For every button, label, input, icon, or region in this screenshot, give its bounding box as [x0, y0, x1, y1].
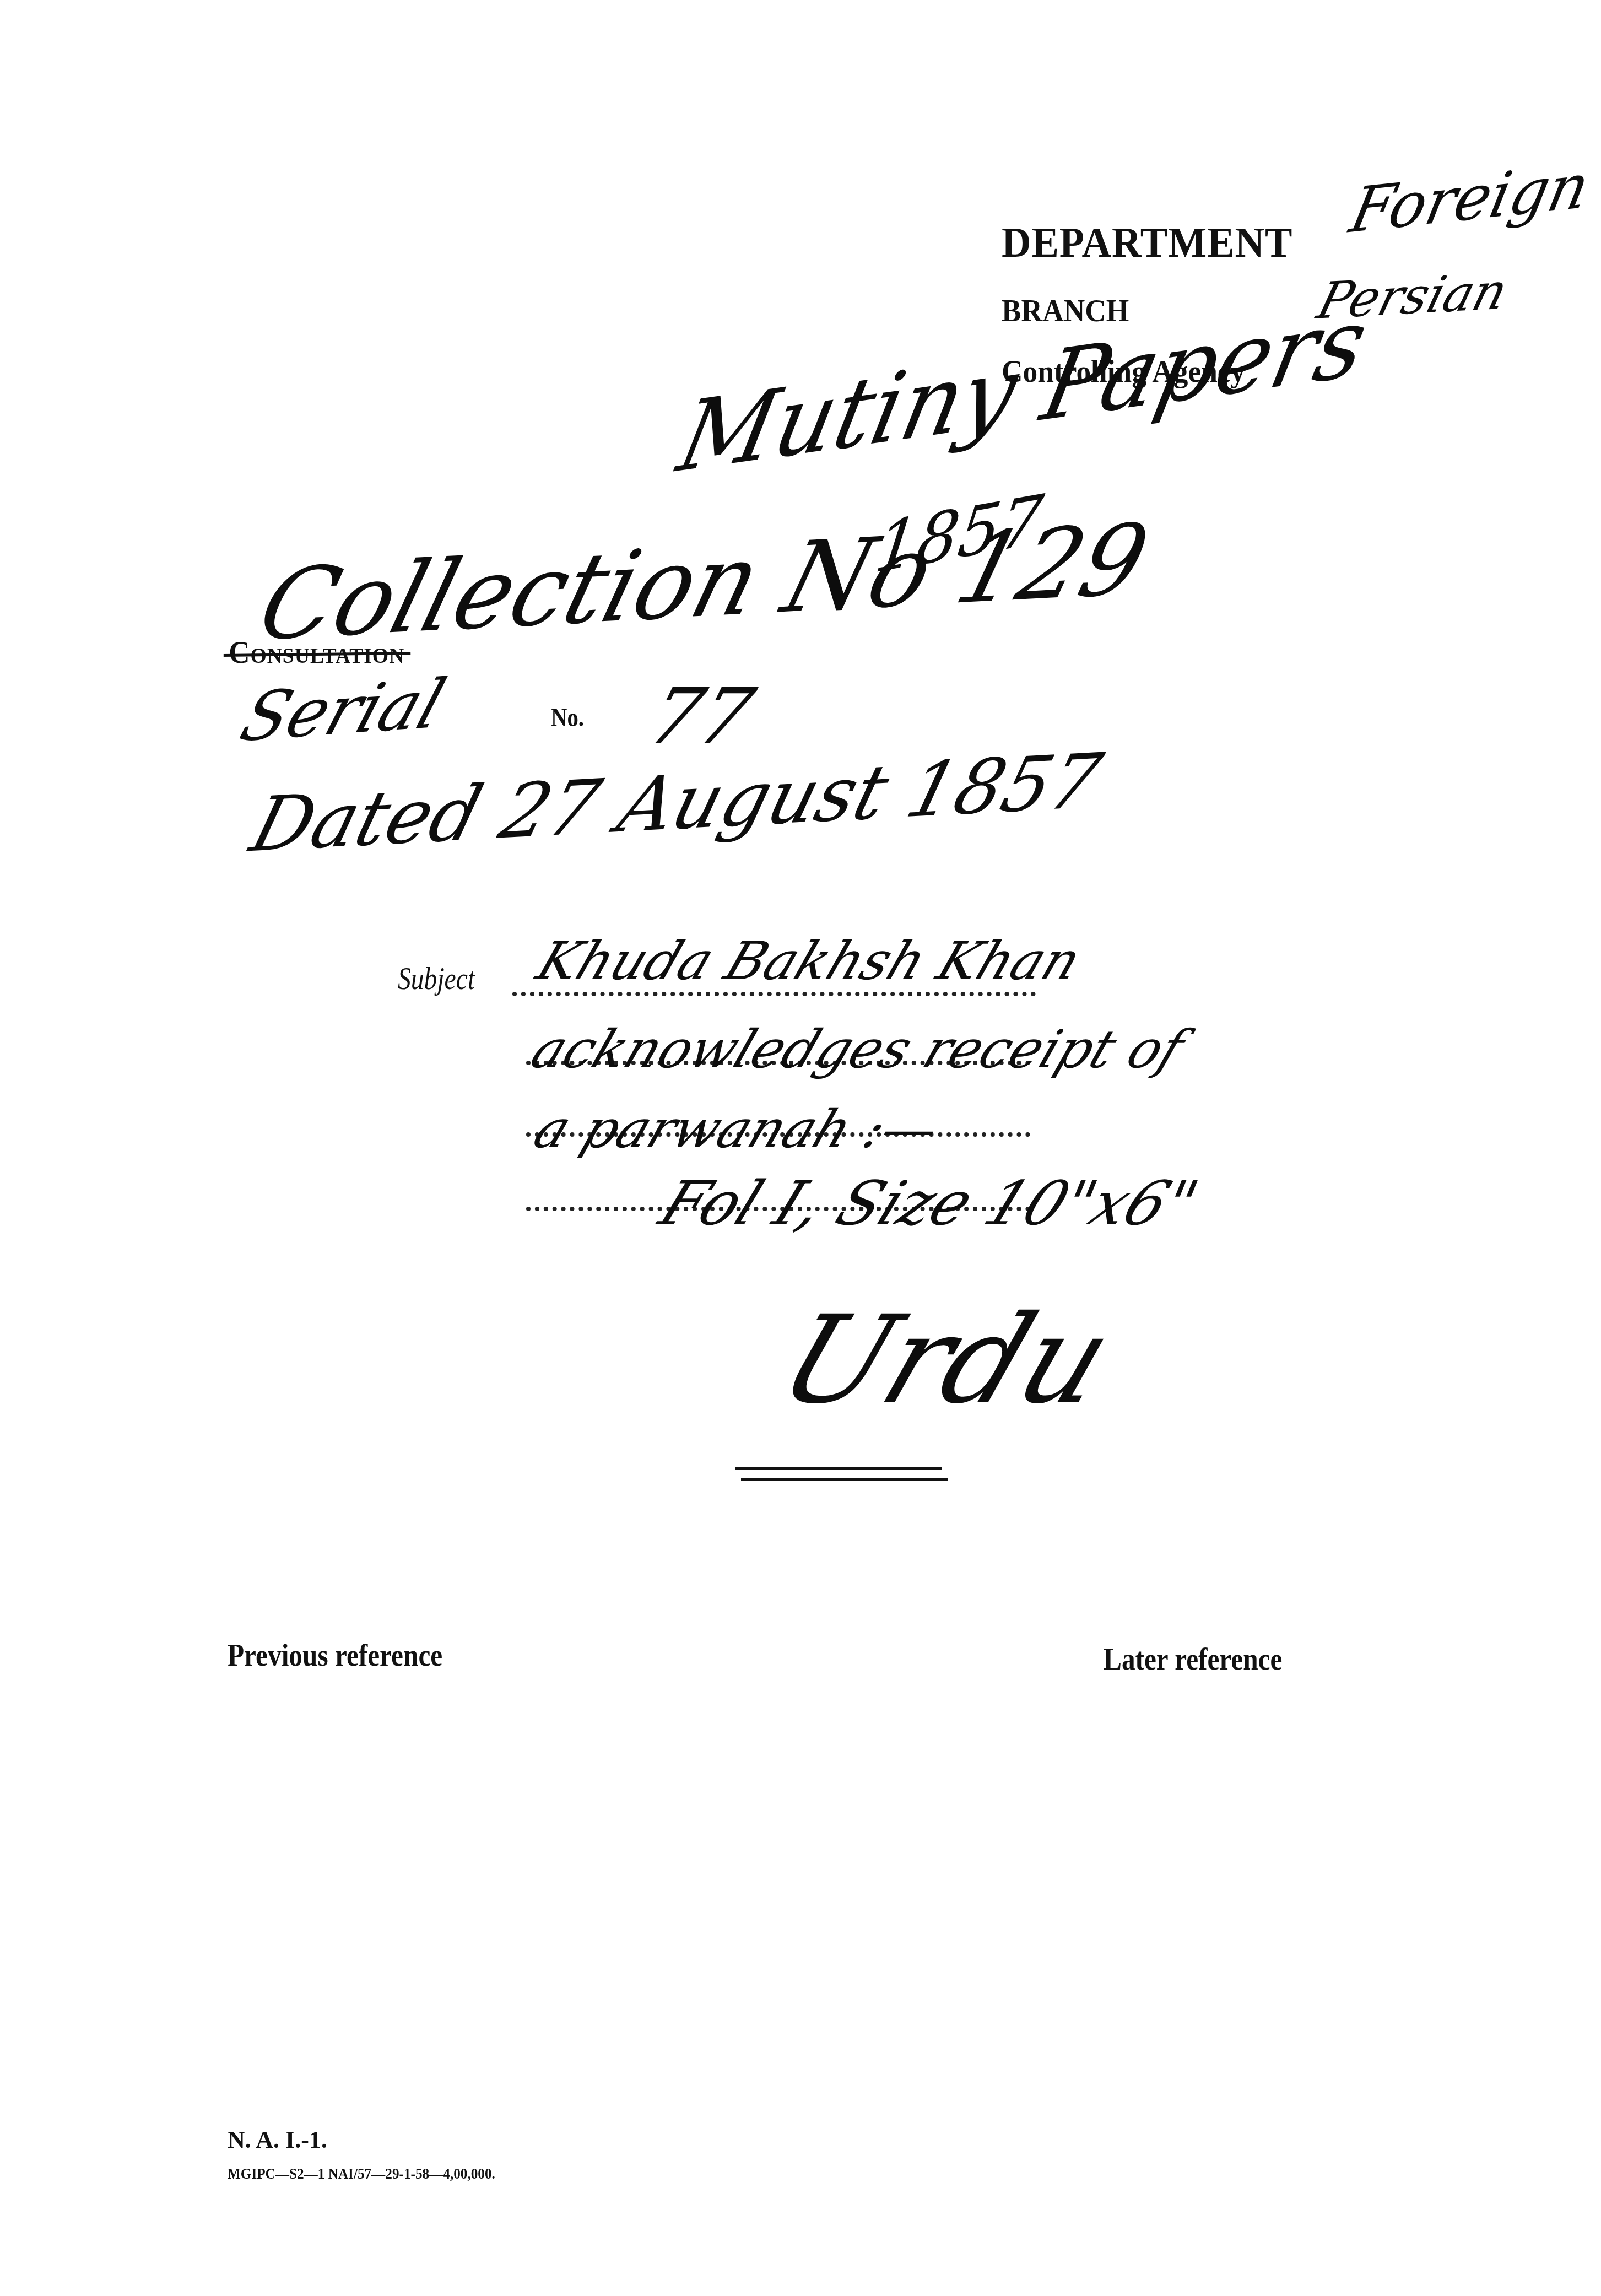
department-label: DEPARTMENT	[1002, 218, 1292, 267]
form-number: N. A. I.-1.	[228, 2126, 327, 2154]
consultation-label-struck: Consultation	[229, 634, 404, 671]
subject-line-4: Fol I, Size 10"x6"	[650, 1168, 1209, 1239]
printer-imprint: MGIPC—S2—1 NAI/57—29-1-58—4,00,000.	[228, 2165, 495, 2183]
subject-label: Subject	[398, 961, 475, 997]
language-handwritten: Urdu	[763, 1289, 1130, 1430]
previous-reference-label: Previous reference	[228, 1636, 442, 1673]
serial-handwritten: Serial	[231, 665, 454, 757]
number-label: No.	[551, 703, 584, 733]
later-reference-label: Later reference	[1104, 1640, 1282, 1677]
language-underline-1	[735, 1467, 942, 1470]
language-underline-2	[741, 1478, 948, 1481]
serial-number-handwritten: 77	[639, 672, 763, 762]
subject-line-2: acknowledges receipt of	[523, 1019, 1192, 1080]
department-value-handwritten: Foreign	[1344, 149, 1595, 247]
subject-line-1: Khuda Bakhsh Khan	[529, 931, 1089, 992]
subject-line-3: a parwanah :—	[526, 1099, 947, 1160]
subject-dotted-line-1	[512, 992, 1036, 996]
